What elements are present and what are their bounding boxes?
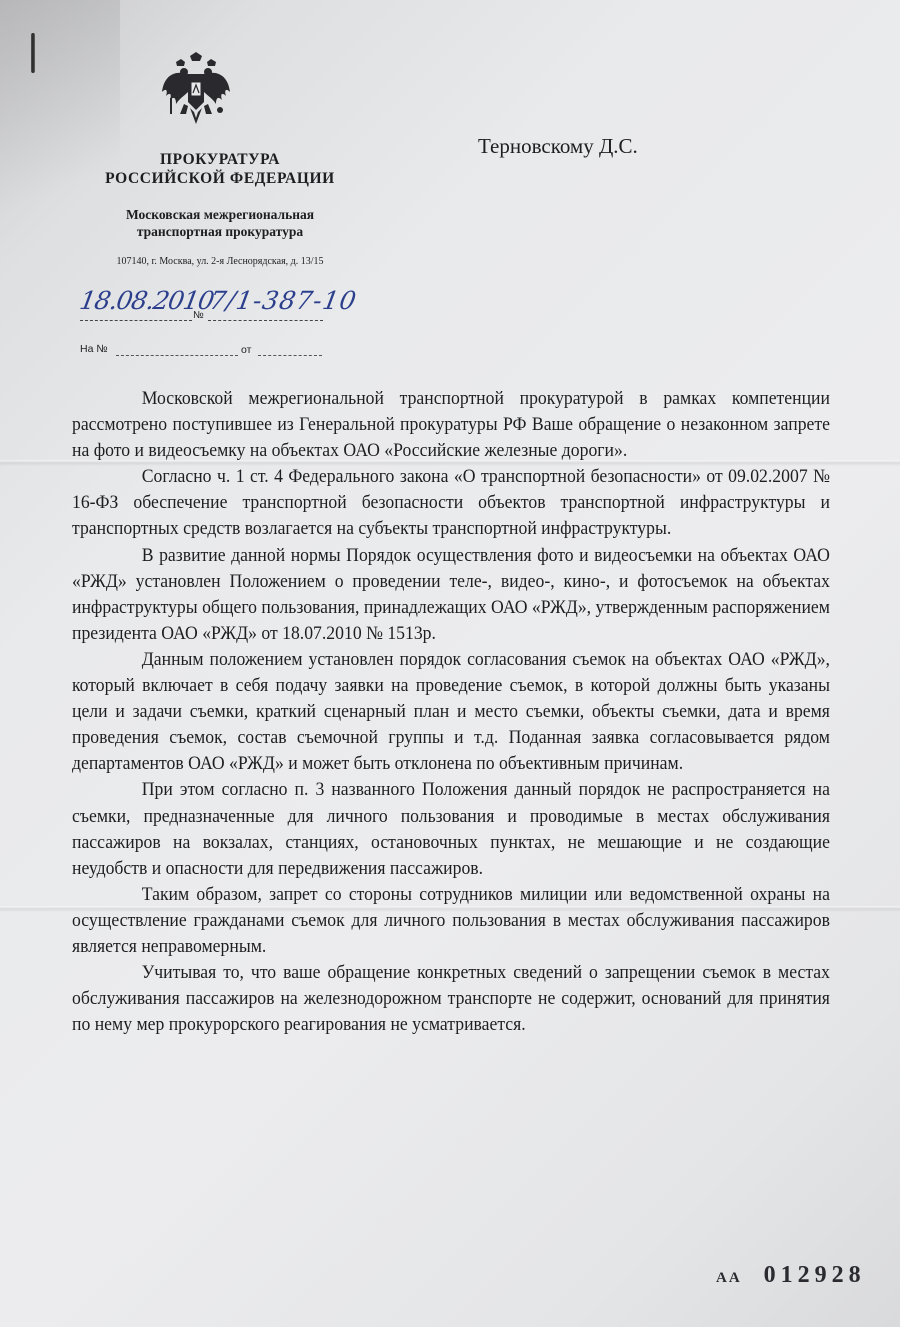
- paragraph: В развитие данной нормы Порядок осуществ…: [72, 543, 830, 647]
- reference-number-blank: [116, 355, 238, 356]
- date-underline: [80, 320, 192, 321]
- org-line-2: РОССИЙСКОЙ ФЕДЕРАЦИИ: [60, 169, 380, 188]
- paragraph: Данным положением установлен порядок сог…: [72, 647, 830, 777]
- paragraph: Учитывая то, что ваше обращение конкретн…: [72, 960, 830, 1038]
- serial-series: АА: [716, 1270, 742, 1286]
- reference-number-label: На №: [80, 343, 108, 355]
- dept-line-2: транспортная прокуратура: [60, 223, 380, 240]
- org-line-1: ПРОКУРАТУРА: [60, 150, 380, 169]
- staple-mark: [31, 33, 35, 73]
- form-serial-number: АА 012928: [716, 1262, 866, 1289]
- letter-body: Московской межрегиональной транспортной …: [72, 386, 830, 1038]
- paragraph: Таким образом, запрет со стороны сотрудн…: [72, 882, 830, 960]
- reference-from-label: от: [241, 344, 251, 356]
- dept-line-1: Московская межрегиональная: [60, 206, 380, 223]
- number-underline: [208, 320, 323, 321]
- letter-page: ПРОКУРАТУРА РОССИЙСКОЙ ФЕДЕРАЦИИ Московс…: [0, 0, 900, 1327]
- registration-line: 18.08.2010 № 7/1-387-10: [80, 280, 325, 324]
- serial-number: 012928: [764, 1262, 866, 1288]
- paragraph: При этом согласно п. 3 названного Положе…: [72, 777, 830, 881]
- coat-of-arms-icon: [160, 52, 232, 132]
- paragraph: Согласно ч. 1 ст. 4 Федерального закона …: [72, 464, 830, 542]
- reference-line: На № от: [80, 343, 325, 357]
- addressee: Терновскому Д.С.: [478, 134, 638, 159]
- registration-number-handwritten: 7/1-387-10: [207, 286, 359, 315]
- org-address: 107140, г. Москва, ул. 2-я Леснорядская,…: [60, 256, 380, 268]
- reference-date-blank: [258, 355, 322, 356]
- paragraph: Московской межрегиональной транспортной …: [72, 386, 830, 464]
- department-name: Московская межрегиональная транспортная …: [60, 206, 380, 240]
- organization-name: ПРОКУРАТУРА РОССИЙСКОЙ ФЕДЕРАЦИИ: [60, 150, 380, 188]
- number-sign: №: [193, 310, 204, 321]
